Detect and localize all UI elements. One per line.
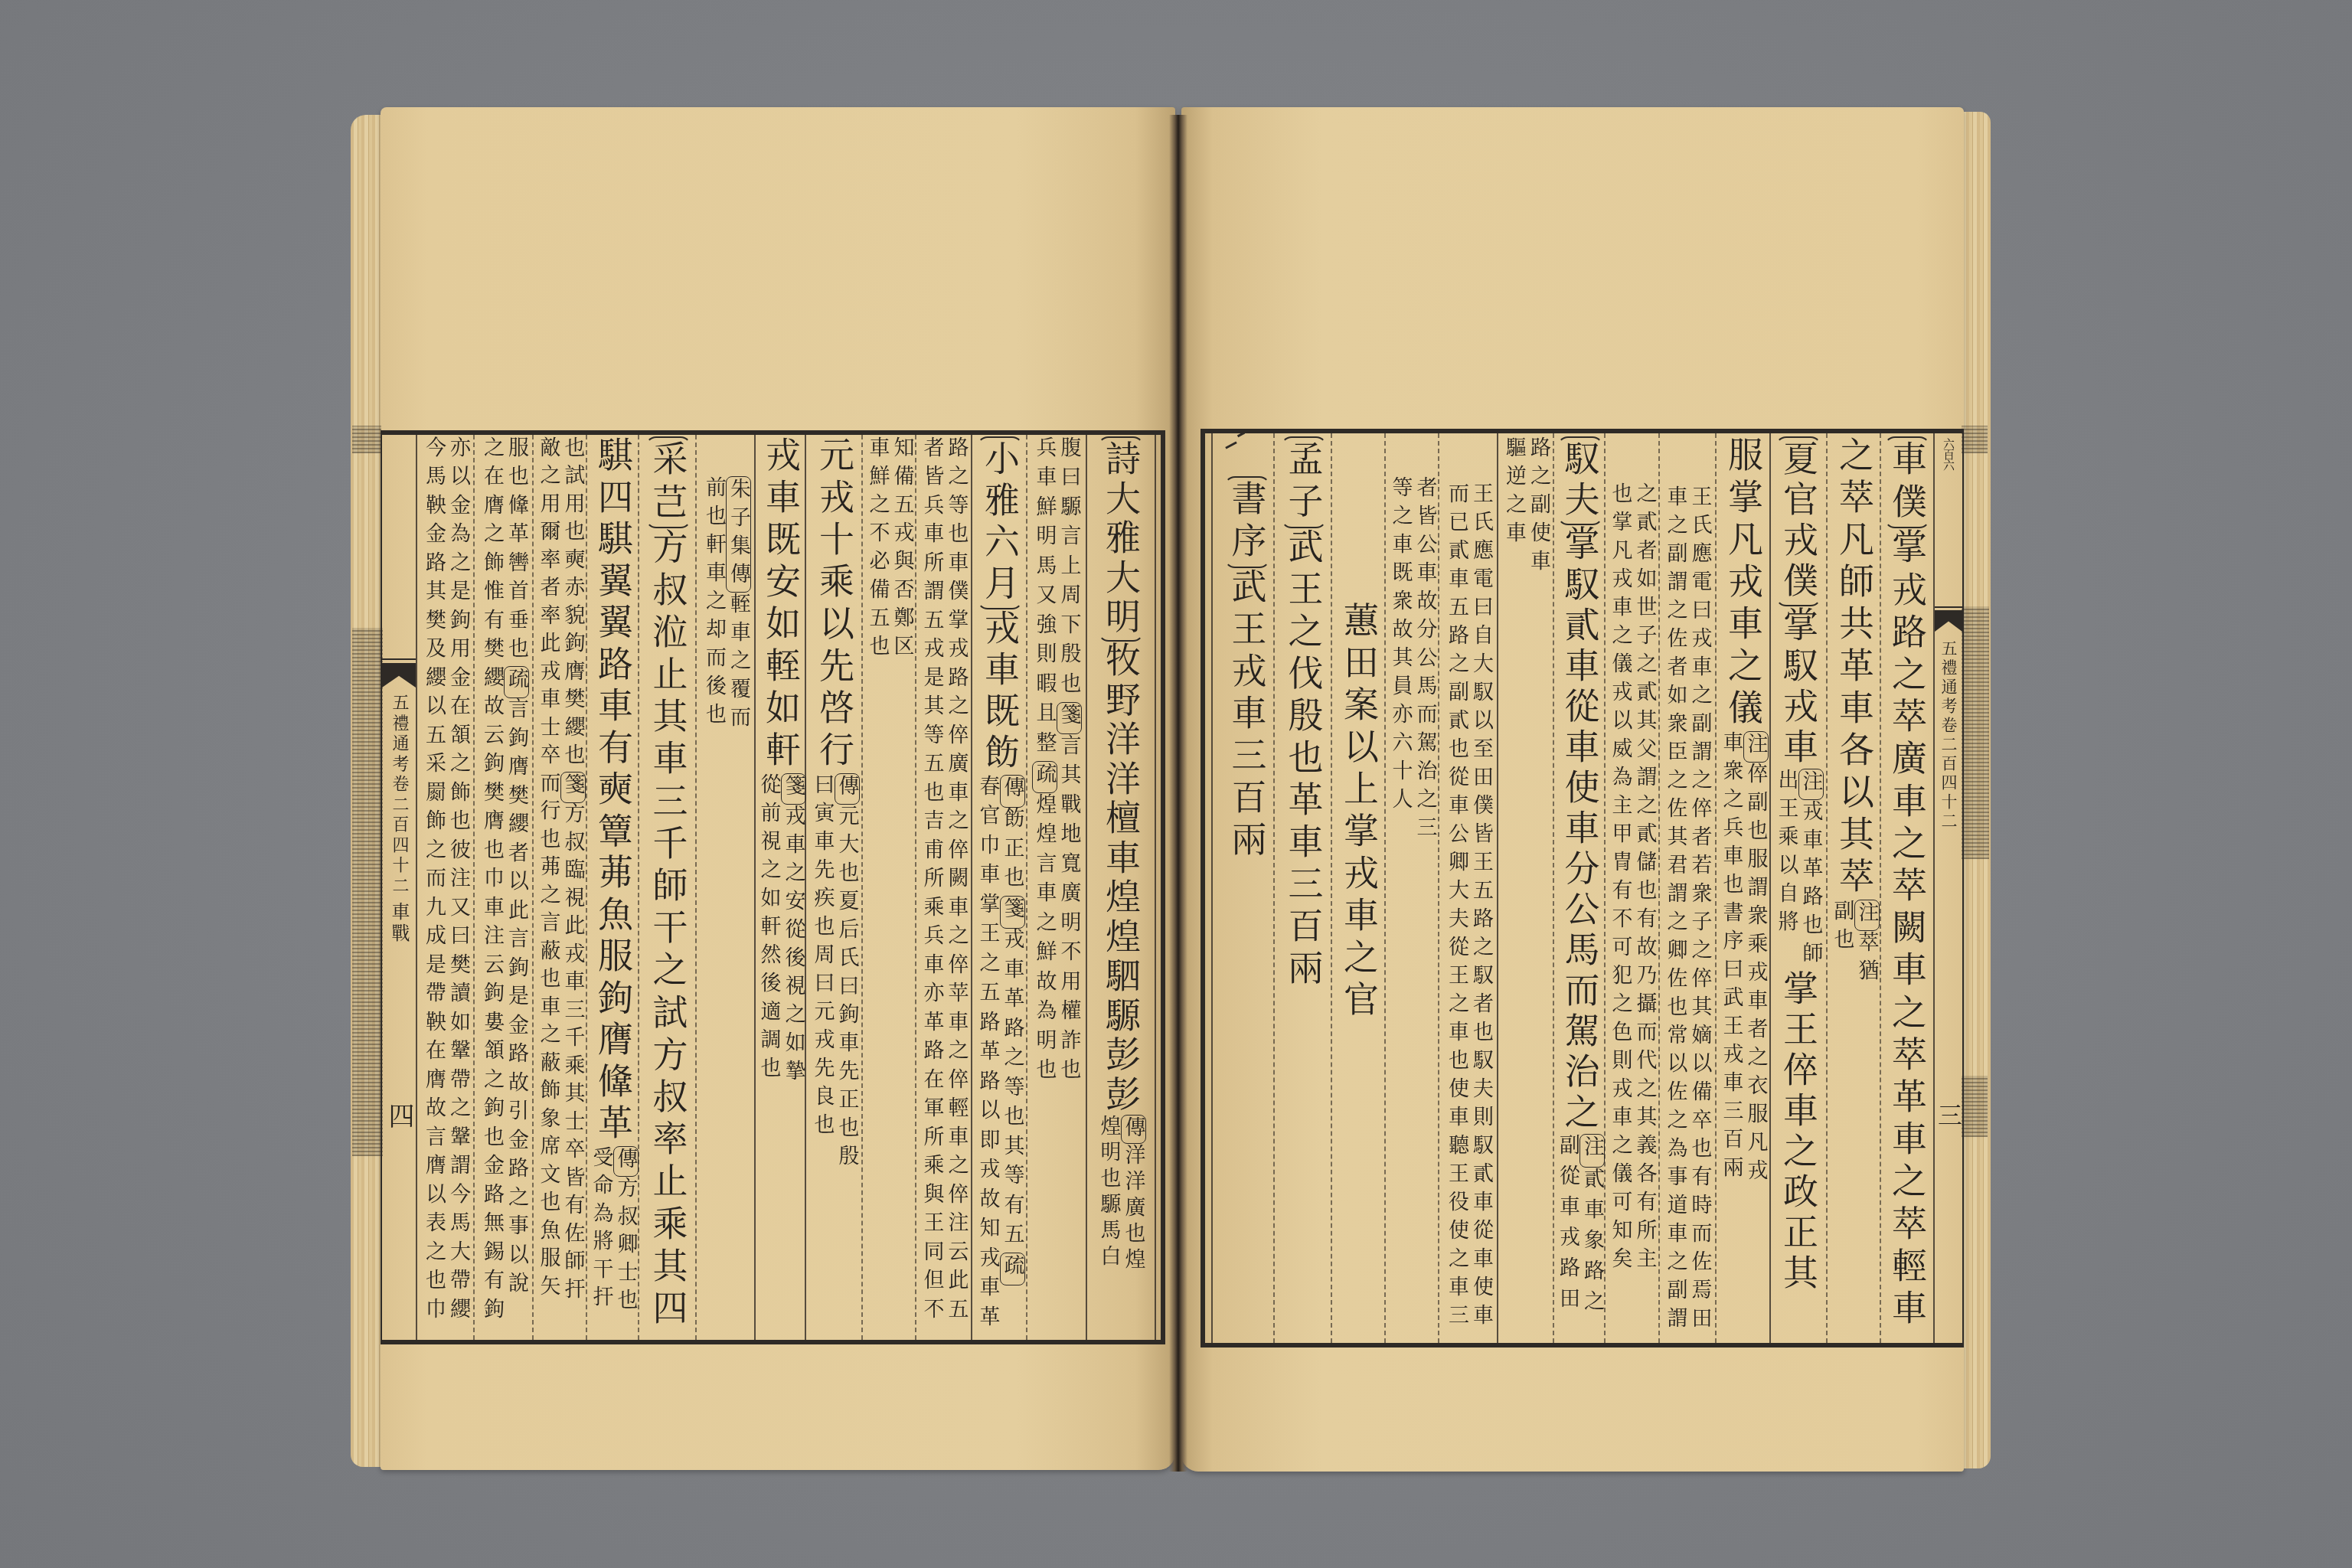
annotation-text: 兵車鮮明馬又強則暇且整 (1033, 436, 1057, 761)
annotation: 注貳車象路之 副從車戎路田 (1557, 1134, 1602, 1321)
annotation-text: 知備五戎與否鄭区 (890, 436, 914, 663)
annotation-text: 輊車之覆而 (727, 593, 750, 734)
main-text: 之萃凡師共革車各以其萃 (1837, 436, 1872, 900)
annotation-subcolumn: 副從車戎路田 (1557, 1134, 1578, 1321)
annotation-text: 倅副也服謂衆乘戎車者之衣服凡戎 (1744, 763, 1768, 1187)
annotation-subcolumn: 路之等也車僕掌戎路之倅廣車之倅闕車之倅苹車之倅輕車之倅注云此五 (946, 436, 967, 1327)
annotation-subcolumn: 而已貳車五路之副貳也從車公卿大夫從王之車也使車聽王役使之車三 (1446, 482, 1467, 1332)
annotation-tag: 箋 (781, 773, 806, 805)
annotation-text: 王氏應電曰戎車之副謂之倅者若衆子之倅其嫡以備卒也有時而佐焉田 (1688, 485, 1712, 1335)
page-number: 四 (385, 1102, 413, 1129)
main-text: 戎車既飭 (982, 609, 1018, 775)
text-column: 蕙田案以上掌戎車之官 (1332, 436, 1386, 1338)
main-text: 掌馭戎車 (1781, 606, 1816, 769)
annotation: 朱子集傳輊車之覆而 前也軒車之却而後也 (704, 476, 749, 734)
annotation-text: 也掌凡戎車之儀戎以威為主甲冑有不可犯之色則戎車之儀可知矣 (1609, 482, 1632, 1276)
section-heading: 馭夫 (1557, 436, 1603, 525)
annotation: 傳方叔卿士也 受命為將干扞 (591, 1146, 636, 1317)
annotation-subcolumn: 腹曰騵言上周下殷也箋言其戰地寬廣明不用權詐也 (1059, 436, 1080, 1088)
annotation-subcolumn: 從前視之如軒然後適調也 (759, 773, 779, 1088)
annotation: 傳元大也夏后氏曰鉤車先正也殷 曰寅車先疾也周曰元戎先良也 (812, 773, 857, 1173)
main-text: 掌戎路之萃廣車之萃闕車之萃革車之萃輕車 (1890, 528, 1925, 1331)
main-text: 掌王倅車之政正其 (1781, 970, 1816, 1295)
annotation-text: 煌明也騵馬白 (1097, 1115, 1121, 1271)
section-heading: 夏官戎僕 (1775, 436, 1821, 606)
margin-book-title: 五禮通考卷二百四十二 (1938, 640, 1959, 831)
annotation-subcolumn: 也掌凡戎車之儀戎以威為主甲冑有不可犯之色則戎車之儀可知矣 (1610, 482, 1631, 1276)
annotation-text: 飭正也 (1001, 808, 1024, 897)
annotation-subcolumn: 者皆兵車所謂五戎是其等五也吉甫所乘兵車亦革路在軍所乘與王同但不 (922, 436, 942, 1327)
annotation-tag: 疏 (1032, 761, 1057, 794)
annotation-text: 而已貳車五路之副貳也從車公卿大夫從王之車也使車聽王役使之車三 (1445, 482, 1468, 1332)
text-column: 書序 武王戎車三百兩 (1219, 436, 1275, 1338)
annotation-text: 車衆之兵車也書序曰武王戎車三百兩 (1720, 731, 1743, 1184)
annotation-text: 春官巾車掌王之五路革路以即戎故知戎車革 (976, 775, 1000, 1335)
text-column: 也試用也奭赤貌鉤膺樊纓也箋方叔臨視此戎車三千乘其士卒皆有佐師扞 敵之用爾率者率此… (534, 436, 587, 1338)
page-number: 三 (1935, 1102, 1962, 1127)
section-heading: 采芑 (645, 436, 691, 528)
annotation-subcolumn: 注貳車象路之 (1582, 1134, 1602, 1321)
annotation-text: 路之副使車 (1527, 436, 1550, 578)
annotation-tag: 注 (1798, 769, 1824, 800)
main-text: 掌馭貳車從車使車分公馬而駕治之 (1563, 525, 1598, 1134)
text-column: 采芑 方叔涖止其車三千師干之試方叔率止乘其四 (639, 436, 697, 1338)
annotation-text: 副也 (1831, 900, 1854, 956)
annotation-tag: 注 (1854, 900, 1880, 931)
section-heading: 小雅六月 (977, 436, 1023, 609)
fishtail-line (382, 658, 416, 660)
text-column: 路之等也車僕掌戎路之倅廣車之倅闕車之倅苹車之倅輕車之倅注云此五 者皆兵車所謂五戎… (916, 436, 972, 1338)
main-text: 元戎十乘以先啓行 (817, 436, 852, 773)
text-column: 馭夫 掌馭貳車從車使車分公馬而駕治之 注貳車象路之 副從車戎路田 (1554, 436, 1606, 1338)
annotation-subcolumn: 注戎車革路也師 (1801, 769, 1821, 970)
annotation-tag: 疏 (1000, 1253, 1025, 1285)
annotation-text: 言其戰地寬廣明不用權詐也 (1057, 734, 1081, 1088)
edge-ink-smudge (1962, 606, 1989, 859)
annotation-text: 出王乘以自將 (1775, 769, 1798, 939)
annotation-text: 元大也夏后氏曰鉤車先正也殷 (835, 805, 859, 1173)
annotation-subcolumn: 車之副謂之佐者如衆臣之佐其君謂之卿佐也常以佐之為事道車之副謂 (1665, 485, 1686, 1335)
annotation-text: 驅逆之車 (1502, 436, 1526, 550)
annotation-tag: 疏 (504, 666, 529, 698)
annotation-text: 萃猶 (1855, 931, 1879, 988)
annotation-text: 者皆兵車所謂五戎是其等五也吉甫所乘兵車亦革路在軍所乘與王同但不 (920, 436, 944, 1327)
annotation-text: 車之副謂之佐者如衆臣之佐其君謂之卿佐也常以佐之為事道車之副謂 (1664, 485, 1687, 1335)
section-heading: 車僕 (1884, 436, 1930, 528)
annotation-subcolumn: 者皆公車故分公馬而駕治之三 (1415, 476, 1436, 844)
annotation-subcolumn: 亦以金為之是鉤用金在頷之飾也彼注又曰樊讀如鞶帶之鞶謂今馬大帶纓 (448, 436, 469, 1327)
section-heading: 書序 (1224, 476, 1270, 568)
annotation-tag: 箋 (1057, 702, 1082, 735)
annotation-text: 服也鞗革轡首垂也 (505, 436, 528, 666)
annotation-subcolumn: 王氏應電曰自大馭以至田僕皆王五路之馭者也馭夫則馭貳車從車使車 (1471, 482, 1491, 1332)
annotation-subcolumn: 朱子集傳輊車之覆而 (728, 476, 749, 734)
annotation-tag: 注 (1743, 731, 1769, 763)
annotation-text: 之在膺之飾惟有樊纓故云鉤樊膺也巾車注云鉤婁頷之鉤也金路無錫有鉤 (480, 436, 504, 1327)
annotation-subcolumn: 傳洋洋廣也煌 (1123, 1115, 1144, 1274)
annotation: 注倅副也服謂衆乘戎車者之衣服凡戎 車衆之兵車也書序曰武王戎車三百兩 (1721, 731, 1766, 1187)
annotation: 者皆公車故分公馬而駕治之三 等之車既衆故其員亦六十人 (1390, 476, 1436, 844)
text-column: 王氏應電曰戎車之副謂之倅者若衆子之倅其嫡以備卒也有時而佐焉田 車之副謂之佐者如衆… (1660, 436, 1715, 1338)
annotation-subcolumn: 傳方叔卿士也 (616, 1146, 636, 1317)
annotation-subcolumn: 驅逆之車 (1504, 436, 1524, 578)
annotation-subcolumn: 曰寅車先疾也周曰元戎先良也 (812, 773, 833, 1173)
annotation-tag: 箋 (1000, 896, 1025, 929)
annotation-subcolumn: 煌明也騵馬白 (1099, 1115, 1119, 1274)
text-column: 車僕 掌戎路之萃廣車之萃闕車之萃革車之萃輕車 (1881, 436, 1933, 1338)
annotation-subcolumn: 春官巾車掌王之五路革路以即戎故知戎車革 (978, 775, 998, 1335)
text-column: 腹曰騵言上周下殷也箋言其戰地寬廣明不用權詐也 兵車鮮明馬又強則暇且整疏煌煌言車之… (1028, 436, 1085, 1338)
annotation-text: 路之等也車僕掌戎路之倅廣車之倅闕車之倅苹車之倅輕車之倅注云此五 (945, 436, 969, 1327)
section-heading: 詩大雅大明 (1098, 436, 1144, 642)
annotation-subcolumn: 箋戎車之安從後視之如摯 (783, 773, 804, 1088)
annotation-subcolumn: 敵之用爾率者率此戎車士卒而行也茀之言蔽也車之蔽飾象席文也魚服矢 (538, 436, 559, 1306)
annotation-subcolumn: 也試用也奭赤貌鉤膺樊纓也箋方叔臨視此戎車三千乘其士卒皆有佐師扞 (563, 436, 583, 1306)
edge-ink-smudge (1962, 1076, 1988, 1137)
annotation-text: 受命為將干扞 (590, 1146, 613, 1314)
main-text: 騏四騏翼翼路車有奭簟茀魚服鉤膺鞗革 (596, 436, 631, 1146)
annotation-subcolumn: 傳元大也夏后氏曰鉤車先正也殷 (837, 773, 857, 1173)
main-text: 武王之伐殷也革車三百兩 (1286, 528, 1321, 991)
annotation-subcolumn: 車衆之兵車也書序曰武王戎車三百兩 (1721, 731, 1742, 1187)
annotation-subcolumn: 傳飭正也箋戎車革路之等也其等有五疏 (1002, 775, 1023, 1335)
annotation: 路之副使車 驅逆之車 (1504, 436, 1549, 578)
text-column: 孟子 武王之伐殷也革車三百兩 (1275, 436, 1332, 1338)
annotation-text: 敵之用爾率者率此戎車士卒而行也茀之言蔽也車之蔽飾象席文也魚服矢 (537, 436, 560, 1303)
annotation-subcolumn: 兵車鮮明馬又強則暇且整疏煌煌言車之鮮故為明也 (1034, 436, 1055, 1088)
annotation: 注戎車革路也師 出王乘以自將 (1776, 769, 1821, 970)
annotation-tag: 傳 (1121, 1115, 1146, 1144)
annotation-text: 也試用也奭赤貌鉤膺樊纓也 (561, 436, 585, 772)
text-column: 亦以金為之是鉤用金在頷之飾也彼注又曰樊讀如鞶帶之鞶謂今馬大帶纓 今馬鞅金路其樊及… (417, 436, 475, 1338)
annotation-subcolumn: 今馬鞅金路其樊及纓以五采罽飾之而九成是帶鞅在膺故言膺以表之也巾 (423, 436, 444, 1327)
annotation-text: 王氏應電曰自大馭以至田僕皆王五路之馭者也馭夫則馭貳車從車使車 (1469, 482, 1493, 1332)
annotation: 亦以金為之是鉤用金在頷之飾也彼注又曰樊讀如鞶帶之鞶謂今馬大帶纓 今馬鞅金路其樊及… (423, 436, 469, 1327)
editor-remark: 蕙田案以上掌戎車之官 (1341, 602, 1377, 1023)
annotation: 注萃猶 副也 (1832, 900, 1877, 988)
main-text: 武王戎車三百兩 (1230, 568, 1265, 863)
annotation-text: 戎車之安從後視之如摯 (782, 805, 805, 1088)
section-heading: 孟子 (1281, 436, 1327, 528)
text-column: 夏官戎僕 掌馭戎車 注戎車革路也師 出王乘以自將 掌王倅車之政正其 (1771, 436, 1826, 1338)
annotation-tag: 箋 (560, 772, 586, 803)
annotation-text: 之貳者如世子之貳其父謂之貳儲也有故乃攝而代之其義各有所主 (1633, 482, 1657, 1276)
annotation-text: 煌煌言車之鮮故為明也 (1033, 793, 1057, 1088)
text-column: 王氏應電曰自大馭以至田僕皆王五路之馭者也馭夫則馭貳車從車使車 而已貳車五路之副貳… (1439, 436, 1498, 1338)
annotation-subcolumn: 之貳者如世子之貳其父謂之貳儲也有故乃攝而代之其義各有所主 (1635, 482, 1655, 1276)
annotation-text: 洋洋廣也煌 (1122, 1144, 1145, 1274)
margin-book-title: 五禮通考卷二百四十二 (387, 694, 411, 897)
text-column: 騏四騏翼翼路車有奭簟茀魚服鉤膺鞗革 傳方叔卿士也 受命為將干扞 (587, 436, 639, 1338)
text-column: 知備五戎與否鄭区 車鮮之不必備五也 (863, 436, 916, 1338)
frame-inner-line (1155, 435, 1156, 1340)
main-text: 服掌凡戎車之儀 (1726, 436, 1761, 731)
annotation-text: 方叔臨視此戎車三千乘其士卒皆有佐師扞 (561, 803, 585, 1306)
annotation-subcolumn: 出王乘以自將 (1776, 769, 1797, 970)
annotation-tag: 注 (1579, 1134, 1605, 1168)
text-column: 詩大雅大明 牧野洋洋檀車煌煌駟騵彭彭 傳洋洋廣也煌 煌明也騵馬白 (1087, 436, 1155, 1338)
annotation-subcolumn: 等之車既衆故其員亦六十人 (1390, 476, 1411, 844)
text-column: 戎車既安如輊如軒 箋戎車之安從後視之如摯 從前視之如軒然後適調也 (756, 436, 806, 1338)
text-column: 之貳者如世子之貳其父謂之貳儲也有故乃攝而代之其義各有所主 也掌凡戎車之儀戎以威為… (1606, 436, 1659, 1338)
annotation-tag: 傳 (1000, 775, 1025, 808)
text-column: 者皆公車故分公馬而駕治之三 等之車既衆故其員亦六十人 (1386, 436, 1439, 1338)
annotation-text: 戎車革路之等也其等有五 (1001, 929, 1024, 1253)
text-column: 服掌凡戎車之儀 注倅副也服謂衆乘戎車者之衣服凡戎 車衆之兵車也書序曰武王戎車三百… (1717, 436, 1770, 1338)
annotation-subcolumn: 受命為將干扞 (591, 1146, 612, 1317)
annotation-text: 副從車戎路田 (1556, 1134, 1579, 1318)
edge-ink-smudge (352, 628, 383, 1156)
folio-count: 六百六 (1938, 438, 1959, 470)
annotation-text: 曰寅車先疾也周曰元戎先良也 (811, 773, 835, 1142)
annotation: 箋戎車之安從後視之如摯 從前視之如軒然後適調也 (759, 773, 804, 1088)
annotation: 也試用也奭赤貌鉤膺樊纓也箋方叔臨視此戎車三千乘其士卒皆有佐師扞 敵之用爾率者率此… (538, 436, 583, 1306)
annotation-text: 方叔卿士也 (614, 1177, 638, 1317)
annotation-text: 等之車既衆故其員亦六十人 (1389, 476, 1413, 816)
edge-ink-smudge (1962, 426, 1988, 453)
text-column: 小雅六月 戎車既飭 傳飭正也箋戎車革路之等也其等有五疏 春官巾車掌王之五路革路以… (972, 436, 1027, 1338)
text-column: 服也鞗革轡首垂也疏言鉤膺樊纓者以此言鉤是金路故引金路之事以說 之在膺之飾惟有樊纓… (475, 436, 534, 1338)
annotation-text: 腹曰騵言上周下殷也 (1057, 436, 1081, 702)
book-gutter (1169, 115, 1187, 1472)
margin-section-title: 車戰 (387, 902, 410, 945)
annotation: 王氏應電曰戎車之副謂之倅者若衆子之倅其嫡以備卒也有時而佐焉田 車之副謂之佐者如衆… (1665, 485, 1710, 1335)
main-text: 戎車既安如輊如軒 (763, 436, 799, 773)
annotation-subcolumn: 前也軒車之却而後也 (704, 476, 724, 734)
annotation-text: 言鉤膺樊纓者以此言鉤是金路故引金路之事以說 (505, 698, 528, 1302)
annotation: 王氏應電曰自大馭以至田僕皆王五路之馭者也馭夫則馭貳車從車使車 而已貳車五路之副貳… (1446, 482, 1491, 1332)
main-text: 方叔涖止其車三千師干之試方叔率止乘其四 (651, 528, 686, 1331)
frame-inner-line (1211, 433, 1213, 1343)
annotation-tag: 傳 (613, 1146, 639, 1178)
annotation-subcolumn: 之在膺之飾惟有樊纓故云鉤樊膺也巾車注云鉤婁頷之鉤也金路無錫有鉤 (482, 436, 502, 1327)
edge-ink-smudge (352, 426, 381, 453)
annotation-text: 亦以金為之是鉤用金在頷之飾也彼注又曰樊讀如鞶帶之鞶謂今馬大帶纓 (446, 436, 470, 1327)
annotation-text: 貳車象路之 (1580, 1168, 1604, 1321)
annotation: 傳洋洋廣也煌 煌明也騵馬白 (1099, 1115, 1144, 1274)
center-fold-inner-line (1933, 433, 1935, 1343)
annotation-subcolumn: 王氏應電曰戎車之副謂之倅者若衆子之倅其嫡以備卒也有時而佐焉田 (1690, 485, 1710, 1335)
annotation-tag: 朱子集傳 (726, 476, 751, 593)
annotation-subcolumn: 知備五戎與否鄭区 (892, 436, 913, 663)
annotation: 腹曰騵言上周下殷也箋言其戰地寬廣明不用權詐也 兵車鮮明馬又強則暇且整疏煌煌言車之… (1034, 436, 1080, 1088)
annotation-text: 車鮮之不必備五也 (866, 436, 890, 663)
text-column: 元戎十乘以先啓行 傳元大也夏后氏曰鉤車先正也殷 曰寅車先疾也周曰元戎先良也 (806, 436, 863, 1338)
annotation-tag: 傳 (835, 773, 860, 805)
annotation: 之貳者如世子之貳其父謂之貳儲也有故乃攝而代之其義各有所主 也掌凡戎車之儀戎以威為… (1610, 482, 1655, 1276)
annotation-subcolumn: 車鮮之不必備五也 (867, 436, 888, 663)
annotation-subcolumn: 副也 (1832, 900, 1853, 988)
annotation-text: 前也軒車之却而後也 (702, 476, 726, 731)
annotation: 傳飭正也箋戎車革路之等也其等有五疏 春官巾車掌王之五路革路以即戎故知戎車革 (978, 775, 1023, 1335)
annotation: 知備五戎與否鄭区 車鮮之不必備五也 (867, 436, 913, 663)
annotation: 路之等也車僕掌戎路之倅廣車之倅闕車之倅苹車之倅輕車之倅注云此五 者皆兵車所謂五戎… (922, 436, 967, 1327)
annotation-subcolumn: 注萃猶 (1857, 900, 1877, 988)
annotation-text: 從前視之如軒然後適調也 (757, 773, 781, 1085)
text-column: 朱子集傳輊車之覆而 前也軒車之却而後也 (697, 436, 756, 1338)
annotation-subcolumn: 路之副使車 (1528, 436, 1549, 578)
main-text: 牧野洋洋檀車煌煌駟騵彭彭 (1103, 642, 1138, 1115)
annotation-subcolumn: 注倅副也服謂衆乘戎車者之衣服凡戎 (1746, 731, 1766, 1187)
annotation-text: 戎車革路也師 (1799, 800, 1823, 970)
text-column: 路之副使車 驅逆之車 (1498, 436, 1554, 1338)
annotation-text: 今馬鞅金路其樊及纓以五采罽飾之而九成是帶鞅在膺故言膺以表之也巾 (422, 436, 446, 1327)
text-column: 之萃凡師共革車各以其萃 注萃猶 副也 (1828, 436, 1881, 1338)
annotation-subcolumn: 服也鞗革轡首垂也疏言鉤膺樊纓者以此言鉤是金路故引金路之事以說 (506, 436, 527, 1327)
annotation: 服也鞗革轡首垂也疏言鉤膺樊纓者以此言鉤是金路故引金路之事以說 之在膺之飾惟有樊纓… (482, 436, 527, 1327)
fishtail-line (1935, 606, 1962, 608)
annotation-text: 者皆公車故分公馬而駕治之三 (1413, 476, 1437, 844)
